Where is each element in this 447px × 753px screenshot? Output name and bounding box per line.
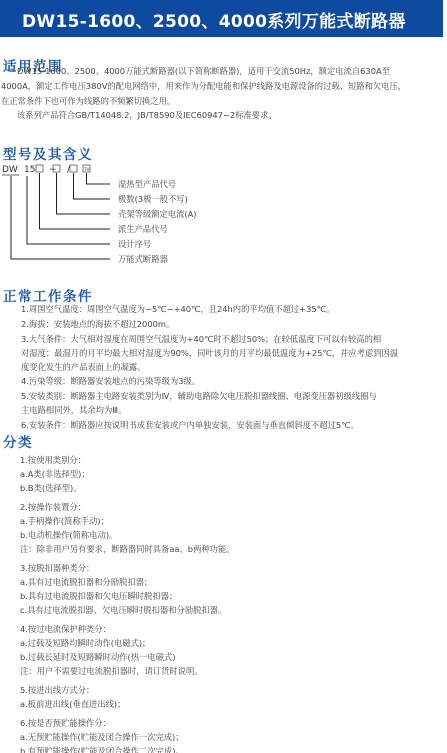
class-4-title: 4.按过电流保护种类分： (20, 622, 111, 636)
class-1-b: b.B类(选择型)。 (20, 481, 82, 495)
class-3-title: 3.按脱扣器种类分： (20, 561, 94, 575)
condition-line-1: 1.周围空气温度：周围空气温度为−5℃−+40℃，且24h内的平均值不超过+35… (21, 302, 334, 316)
condition-line-6: 4.污染等级：断路器安装地点的污染等级为3级。 (21, 374, 200, 388)
class-4-note: 注：用户不需要过电流脱扣器时，请订货时说明。 (20, 664, 203, 678)
svg-text:DW: DW (2, 165, 18, 175)
model-label-breaker: 万能式断路器 (118, 253, 168, 265)
condition-line-9: 6.安装条件：断路器应按说明书成套安装或户内单独安装，安装面与垂直倾斜度不超过5… (21, 418, 359, 432)
svg-text:/: / (67, 165, 71, 175)
class-4-a: a.过载及短路均瞬时动作(电磁式)； (20, 636, 150, 650)
svg-text:15: 15 (24, 165, 35, 175)
condition-line-5: 度变化发生的产品表面上的凝露。 (21, 360, 145, 374)
class-4-b: b.过载长延时及短路瞬时动作(热一电磁式) (20, 650, 175, 664)
condition-line-7: 5.安装类别：断路器主电路安装类别为Ⅳ，辅助电路除欠电压脱扣器线圈、电源变压器初… (21, 389, 377, 403)
class-5-title: 5.按进出线方式分： (20, 683, 94, 697)
title-banner: DW15-1600、2500、4000系列万能式断路器 (0, 0, 443, 37)
condition-line-2: 2.海拔：安装地点的海拔不超过2000m。 (21, 317, 174, 331)
class-3-c: c.具有过电流脱扣器、欠电压瞬时脱扣器和分励脱扣器。 (20, 603, 226, 617)
class-6-b: b.有预贮能操作(贮能及闭合操作二次完成)。 (20, 744, 184, 753)
class-3-b: b.具有过电流脱扣器和欠电压瞬时脱扣器； (20, 589, 177, 603)
page-title: DW15-1600、2500、4000系列万能式断路器 (22, 7, 406, 32)
model-label-th: 湿热型产品代号 (118, 178, 176, 190)
class-3-a: a.具有过电流脱扣器和分励脱扣器； (20, 575, 152, 589)
class-6-a: a.无预贮能操作(贮能及闭合操作一次完成)； (20, 730, 184, 744)
class-2-b: b.电动机操作(简称电动)。 (20, 528, 117, 542)
class-5-a: a.板前进出线(垂直进出线)； (20, 697, 125, 711)
svg-text:TH: TH (83, 167, 89, 172)
class-2-note: 注：除非用户另有要求，断路器同时具备aa、b两种功能。 (20, 542, 235, 556)
class-2-title: 2.按操作装置分： (20, 500, 86, 514)
condition-line-3: 3.大气条件：大气相对湿度在周围空气温度为+40℃时不超过50%；在较低温度下可… (21, 332, 381, 346)
class-2-a: a.手柄操作(简称手动)； (20, 514, 109, 528)
class-6-title: 6.按是否预贮能操作分： (20, 716, 111, 730)
model-code-diagram: DW 15 − / TH 湿热型产品代号 极数(3极一般不写) 壳架等级额定电流… (0, 160, 250, 272)
scope-line-1: DW15-1600、2500、4000万能式断路器(以下简称断路器)，适用于交流… (17, 64, 390, 78)
condition-line-8: 主电路相同外，其余均为Ⅲ。 (21, 403, 126, 417)
section-heading-classification: 分类 (3, 431, 33, 451)
class-1-a: a.A类(非选择型)； (20, 467, 90, 481)
model-label-poles: 极数(3极一般不写) (118, 193, 188, 205)
scope-line-4: 该系列产品符合GB/T14048.2，JB/T8590及IEC60947−2标准… (17, 108, 277, 122)
model-label-frame-current: 壳架等级额定电流(A) (118, 208, 197, 220)
model-label-design-no: 设计序号 (118, 238, 151, 250)
condition-line-4: 对湿度；最湿月的月平均最大相对湿度为90%，同叶该月的月平均最低温度为+25℃，… (21, 346, 398, 360)
scope-line-2: 4000A，额定工作电压380V的配电网络中，用来作为分配电能和保护线路及电源设… (1, 79, 406, 93)
scope-line-3: 在正常条件下也可作为线路的不频繁切换之用。 (1, 94, 175, 108)
model-label-derived: 派生产品代号 (118, 223, 168, 235)
class-1-title: 1.按使用类别分： (20, 453, 86, 467)
